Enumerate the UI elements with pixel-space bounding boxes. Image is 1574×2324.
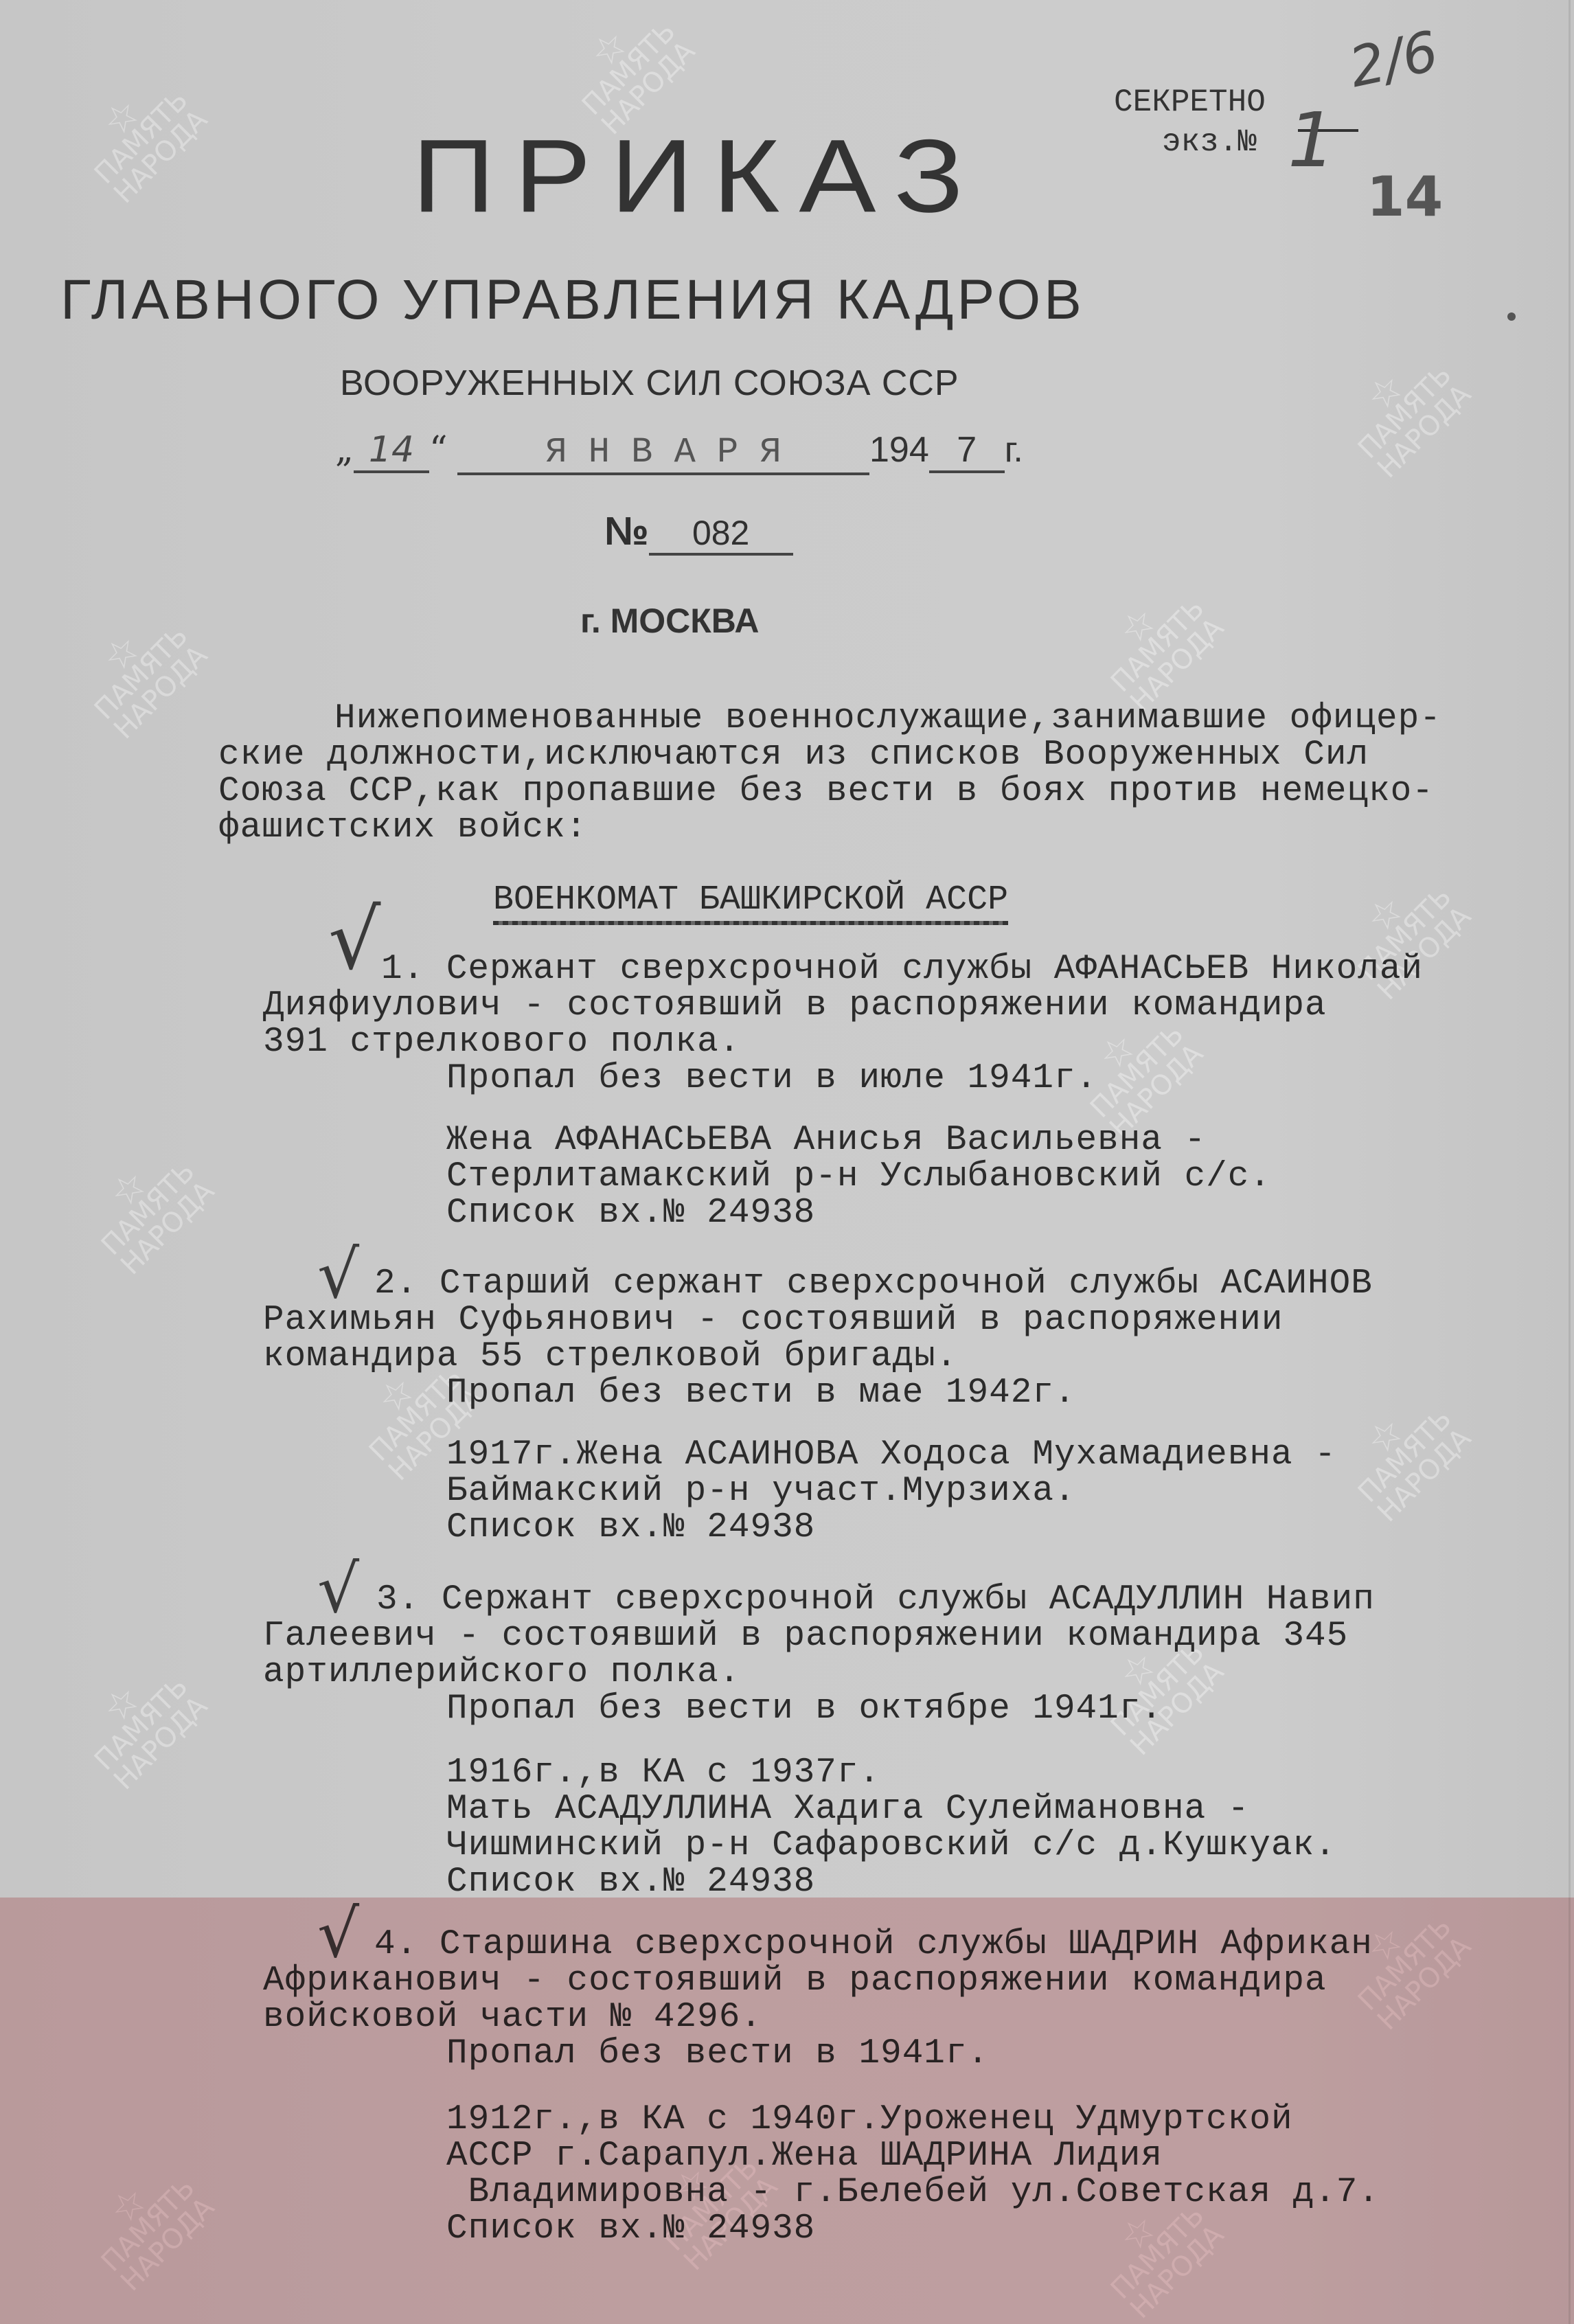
number-value: 082 [649, 513, 793, 556]
entry-1-detail-1: Жена АФАНАСЬЕВА Анисья Васильевна - [446, 1122, 1206, 1159]
entry-3-detail-3: Чишминский р-н Сафаровский с/с д.Кушкуак… [446, 1827, 1336, 1864]
entry-3-line-3: артиллерийского полка. [263, 1654, 740, 1691]
entry-2-line-3: командира 55 стрелковой бригады. [263, 1338, 957, 1375]
entry-1-line-1: 1. Сержант сверхсрочной службы АФАНАСЬЕВ… [381, 951, 1423, 988]
intro-line-4: фашистских войск: [218, 810, 587, 846]
date-day: 14 [354, 429, 429, 473]
entry-2-detail-2: Баймакский р-н участ.Мурзиха. [446, 1473, 1076, 1510]
page-subtitle-2: ВООРУЖЕННЫХ СИЛ СОЮЗА ССР [340, 363, 959, 404]
page-title: ПРИКАЗ [412, 117, 983, 236]
classification-stamp: СЕКРЕТНО экз.№ [1114, 82, 1266, 162]
number-label: № [604, 509, 649, 554]
entry-1-line-3: 391 стрелкового полка. [263, 1024, 740, 1060]
section-heading-text: ВОЕНКОМАТ БАШКИРСКОЙ АССР [493, 880, 1008, 920]
entry-1-detail-2: Стерлитамакский р-н Услыбановский с/с. [446, 1159, 1271, 1195]
entry-2-detail-1: 1917г.Жена АСАИНОВА Ходоса Мухамадиевна … [446, 1437, 1336, 1473]
entry-3-line-1: 3. Сержант сверхсрочной службы АСАДУЛЛИН… [376, 1582, 1375, 1618]
date-year-suffix: 7 [929, 429, 1005, 473]
entry-2-detail-3: Список вх.№ 24938 [446, 1510, 815, 1546]
check-mark-icon: √ [328, 893, 380, 988]
entry-3-line-2: Галеевич - состоявший в распоряжении ком… [263, 1618, 1348, 1654]
entry-3-detail-2: Мать АСАДУЛЛИНА Хадига Сулеймановна - [446, 1791, 1249, 1827]
handwritten-copy-number: 1 [1288, 96, 1336, 184]
page-subtitle: ГЛАВНОГО УПРАВЛЕНИЯ КАДРОВ [60, 268, 1085, 332]
entry-3-missing: Пропал без вести в октябре 1941г. [446, 1691, 1163, 1727]
entry-1-line-2: Дияфиулович - состоявший в распоряжении … [263, 988, 1327, 1024]
entry-2-line-1: 2. Старший сержант сверхсрочной службы А… [374, 1266, 1373, 1302]
date-open-quote: „ [335, 429, 354, 470]
entry-4-highlight [0, 1898, 1574, 2324]
date-month: Я Н В А Р Я [457, 432, 869, 475]
copy-label: экз.№ [1114, 122, 1266, 162]
entry-2-missing: Пропал без вести в мае 1942г. [446, 1375, 1076, 1411]
section-heading: ВОЕНКОМАТ БАШКИРСКОЙ АССР [493, 880, 1008, 925]
date-year-end: г. [1005, 430, 1023, 470]
ink-dot [1507, 312, 1516, 321]
date-close-quote: “ [429, 429, 448, 470]
entry-1-missing: Пропал без вести в июле 1941г. [446, 1060, 1097, 1097]
entry-3-detail-4: Список вх.№ 24938 [446, 1864, 815, 1900]
intro-line-3: Союза ССР,как пропавшие без вести в боях… [218, 773, 1434, 810]
order-number: №082 [604, 508, 793, 556]
secret-label: СЕКРЕТНО [1114, 82, 1266, 122]
handwritten-page-number: 14 [1367, 165, 1443, 229]
entry-2-line-2: Рахимьян Суфьянович - состоявший в распо… [263, 1302, 1283, 1338]
date-year-prefix: 194 [869, 430, 929, 470]
entry-3-detail-1: 1916г.,в КА с 1937г. [446, 1755, 880, 1791]
order-city: г. МОСКВА [580, 601, 760, 641]
intro-line-1: Нижепоименованные военнослужащие,занимав… [334, 700, 1441, 737]
section-underline [493, 921, 1008, 925]
order-date: „14“ Я Н В А Р Я1947г. [335, 429, 1023, 475]
intro-line-2: ские должности,исключаются из списков Во… [218, 737, 1369, 773]
entry-1-detail-3: Список вх.№ 24938 [446, 1195, 815, 1231]
